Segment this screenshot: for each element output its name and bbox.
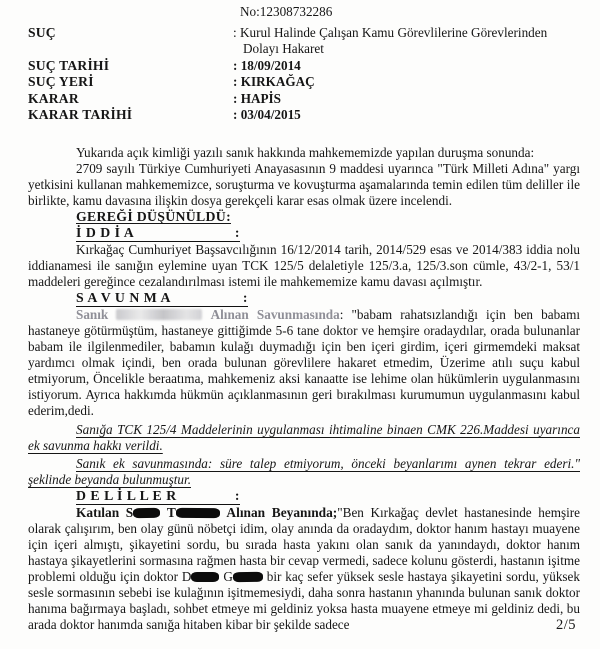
iddia-heading-colon: :: [235, 225, 240, 241]
faded-redacted-name: [116, 309, 202, 320]
deliller-heading-text: D E L İ L L E R: [76, 488, 177, 504]
header-label: SUÇ TARİHİ: [28, 58, 233, 74]
header-value: : KIRKAĞAÇ: [233, 74, 580, 90]
iddia-heading-text: İ D D İ A: [76, 225, 134, 241]
section-heading-deliller: D E L İ L L E R:: [76, 488, 580, 505]
deliller-paragraph: Katılan S T Alınan Beyanında;"Ben Kırkağ…: [28, 505, 580, 633]
header-label: SUÇ YERİ: [28, 74, 233, 90]
redacted-doctor-surname: [233, 572, 263, 582]
savunma-heading-text: S A V U N M A: [76, 290, 171, 306]
geregi-heading-text: GEREĞİ DÜŞÜNÜLDÜ:: [76, 209, 231, 224]
savunma-lead-alinan: Alınan Savunmasında: [211, 307, 340, 322]
deliller-lead-alinan: Alınan Beyanında;: [226, 505, 337, 520]
savunma-statement: : "babam rahatsızlandığı için ben babamı…: [28, 307, 580, 418]
header-value: : Kurul Halinde Çalışan Kamu Görevlileri…: [233, 25, 580, 58]
ek-savunma-statement: Sanık ek savunmasında: süre talep etmiyo…: [28, 456, 580, 488]
ek-savunma-note: Sanığa TCK 125/4 Maddelerinin uygulanmas…: [28, 422, 580, 454]
page-number: 2/5: [556, 617, 576, 633]
header-value: : 18/09/2014: [233, 58, 580, 74]
intro-paragraph-2: 2709 sayılı Türkiye Cumhuriyeti Anayasas…: [28, 161, 580, 209]
redacted-witness-surname: [176, 508, 220, 518]
header-label: KARAR: [28, 91, 233, 107]
header-row-karar-tarihi: KARAR TARİHİ : 03/04/2015: [28, 107, 580, 123]
header-label: SUÇ: [28, 25, 233, 41]
section-heading-geregi: GEREĞİ DÜŞÜNÜLDÜ:: [76, 209, 580, 225]
header-row-suc: SUÇ : Kurul Halinde Çalışan Kamu Görevli…: [28, 25, 580, 58]
case-header: SUÇ : Kurul Halinde Çalışan Kamu Görevli…: [28, 25, 580, 123]
deliller-heading-colon: :: [235, 488, 240, 504]
header-value: : 03/04/2015: [233, 107, 580, 123]
header-row-suc-yeri: SUÇ YERİ : KIRKAĞAÇ: [28, 74, 580, 90]
decision-body: Yukarıda açık kimliği yazılı sanık hakkı…: [28, 145, 580, 633]
redacted-doctor-firstname: [191, 572, 219, 582]
header-label: KARAR TARİHİ: [28, 107, 233, 123]
savunma-heading-colon: :: [243, 290, 248, 306]
deliller-doctor-surname-initial: G: [223, 569, 233, 584]
deliller-lead-katilan: Katılan S: [76, 505, 133, 520]
document-page: No:12308732286 SUÇ : Kurul Halinde Çalış…: [0, 0, 600, 649]
document-number: No:12308732286: [240, 4, 580, 20]
section-heading-iddia: İ D D İ A:: [76, 225, 580, 242]
header-row-suc-tarihi: SUÇ TARİHİ : 18/09/2014: [28, 58, 580, 74]
header-row-karar: KARAR : HAPİS: [28, 91, 580, 107]
intro-paragraph-1: Yukarıda açık kimliği yazılı sanık hakkı…: [28, 145, 580, 161]
section-heading-savunma: S A V U N M A:: [76, 290, 580, 307]
iddia-paragraph: Kırkağaç Cumhuriyet Başsavcılığının 16/1…: [28, 242, 580, 290]
savunma-paragraph: Sanık Alınan Savunmasında: "babam rahats…: [28, 307, 580, 419]
header-value: : HAPİS: [233, 91, 580, 107]
deliller-lead-surname-initial: T: [167, 505, 176, 520]
savunma-lead-sanik: Sanık: [76, 307, 108, 322]
redacted-witness-firstname: [133, 508, 160, 518]
